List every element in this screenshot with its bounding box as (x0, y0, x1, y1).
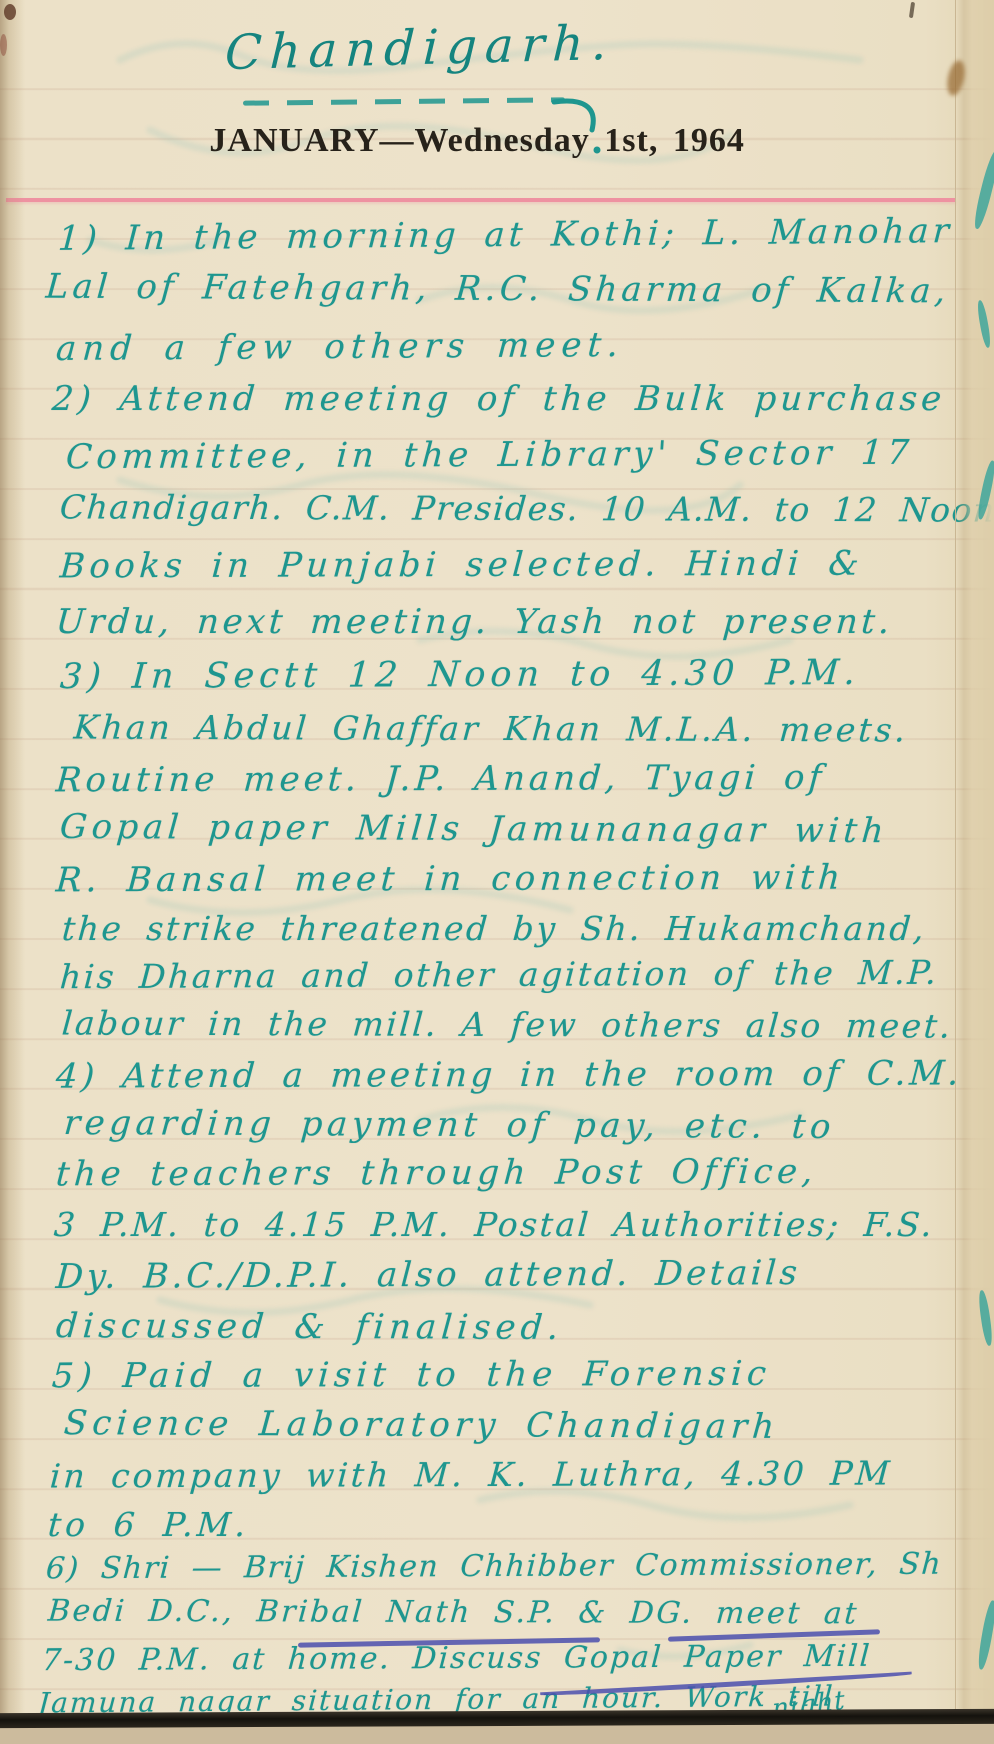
handwritten-line: and a few others meet. (55, 328, 625, 366)
handwritten-line: 6) Shri — Brij Kishen Chhibber Commissio… (45, 1550, 943, 1585)
handwritten-line: 7-30 P.M. at home. Discuss Gopal Paper M… (41, 1642, 872, 1676)
handwritten-line: discussed & finalised. (55, 1309, 565, 1345)
handwriting-lines: 1) In the morning at Kothi; L. ManoharLa… (0, 0, 994, 1744)
handwritten-line: the strike threatened by Sh. Hukamchand, (61, 912, 927, 945)
handwritten-line: 4) Attend a meeting in the room of C.M. (55, 1056, 963, 1093)
handwritten-line: Books in Punjabi selected. Hindi & (59, 547, 864, 584)
handwritten-line: Urdu, next meeting. Yash not present. (55, 605, 894, 639)
handwritten-line: in company with M. K. Luthra, 4.30 PM (49, 1457, 894, 1493)
page-edge-strip (955, 0, 994, 1744)
handwritten-line: Committee, in the Library' Sector 17 (65, 436, 915, 474)
paper-stain (4, 4, 16, 20)
handwritten-line: the teachers through Post Office, (55, 1155, 818, 1192)
handwritten-line: to 6 P.M. (47, 1508, 251, 1541)
handwritten-line: Khan Abdul Ghaffar Khan M.L.A. meets. (73, 711, 910, 747)
handwritten-line: 3 P.M. to 4.15 P.M. Postal Authorities; … (53, 1208, 935, 1241)
handwritten-line: 2) Attend meeting of the Bulk purchase (51, 382, 947, 416)
handwritten-line: Lal of Fatehgarh, R.C. Sharma of Kalka, (45, 270, 951, 309)
paper-stain (0, 34, 7, 56)
handwritten-line: Routine meet. J.P. Anand, Tyagi of (55, 761, 826, 798)
handwritten-line: labour in the mill. A few others also me… (61, 1006, 954, 1042)
handwritten-line: Science Laboratory Chandigarh (63, 1406, 781, 1444)
handwritten-line: 1) In the morning at Kothi; L. Manohar (57, 214, 954, 256)
diary-page: Chandigarh. JANUARY—Wednesday 1st, 1964 … (0, 0, 994, 1744)
handwritten-line: Chandigarh. C.M. Presides. 10 A.M. to 12… (59, 490, 994, 526)
handwritten-line: Dy. B.C./D.P.I. also attend. Details (55, 1256, 802, 1294)
binding-crease (0, 0, 24, 1744)
handwritten-line: Gopal paper Mills Jamunanagar with (59, 810, 890, 848)
handwritten-line: regarding payment of pay, etc. to (63, 1106, 837, 1144)
handwritten-line: R. Bansal meet in connection with (55, 861, 846, 898)
handwritten-line: Bedi D.C., Bribal Nath S.P. & DG. meet a… (47, 1597, 860, 1630)
handwritten-line: 3) In Sectt 12 Noon to 4.30 P.M. (59, 656, 861, 695)
handwritten-line: his Dharna and other agitation of the M.… (59, 956, 940, 994)
handwritten-line: 5) Paid a visit to the Forensic (51, 1357, 772, 1394)
